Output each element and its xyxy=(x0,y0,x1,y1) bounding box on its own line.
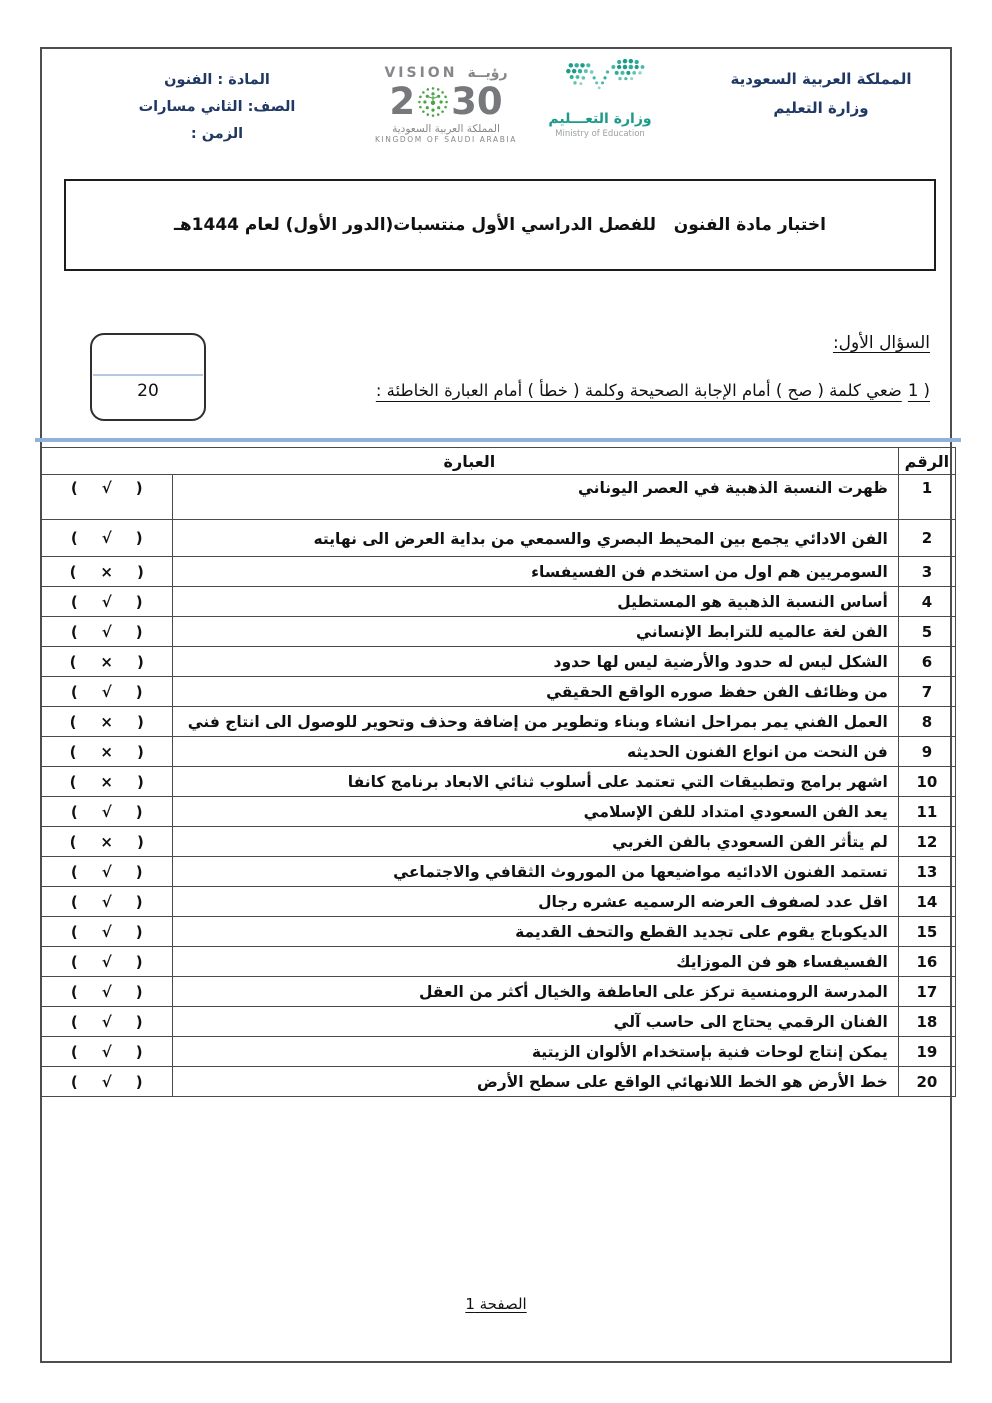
table-row: 15 الديكوباج يقوم على تجديد القطع والتحف… xyxy=(41,917,956,947)
answer-marks: ( √ ) xyxy=(47,529,166,547)
statement-text: من وظائف الفن حفظ صوره الواقع الحقيقي xyxy=(173,677,898,707)
paren-open: ( xyxy=(71,1013,78,1031)
answer-mark: × xyxy=(100,563,113,581)
answer-cell: ( √ ) xyxy=(41,1007,173,1037)
answer-mark: √ xyxy=(102,953,112,971)
answer-marks: ( √ ) xyxy=(47,893,166,911)
answer-cell: ( × ) xyxy=(41,827,173,857)
instruction-number-prefix: 1 ) xyxy=(908,381,930,400)
vision-word-en: VISION xyxy=(384,65,457,81)
answer-cell: ( √ ) xyxy=(41,977,173,1007)
answer-cell: ( × ) xyxy=(41,557,173,587)
table-row: 20 خط الأرض هو الخط اللانهائي الواقع على… xyxy=(41,1067,956,1097)
answer-marks: ( × ) xyxy=(47,833,166,851)
paren-close: ) xyxy=(136,953,143,971)
paren-open: ( xyxy=(70,773,77,791)
paren-close: ) xyxy=(136,803,143,821)
table-row: 9 فن النحت من انواع الفنون الحديثه ( × ) xyxy=(41,737,956,767)
table-header-row: الرقم العبارة xyxy=(41,448,956,475)
answer-marks: ( √ ) xyxy=(47,983,166,1001)
answer-mark: √ xyxy=(102,923,112,941)
answer-marks: ( √ ) xyxy=(47,803,166,821)
statement-text: ظهرت النسبة الذهبية في العصر اليوناني xyxy=(173,475,898,520)
ministry-header-block: المملكة العربية السعودية وزارة التعليم xyxy=(706,65,936,122)
paren-open: ( xyxy=(70,563,77,581)
vision-digits-30: 30 xyxy=(451,83,503,120)
answer-marks: ( √ ) xyxy=(47,923,166,941)
paren-close: ) xyxy=(137,563,144,581)
answer-cell: ( √ ) xyxy=(41,617,173,647)
paren-open: ( xyxy=(71,593,78,611)
row-number: 7 xyxy=(898,677,955,707)
column-header-statement: العبارة xyxy=(41,448,899,475)
statement-text: فن النحت من انواع الفنون الحديثه xyxy=(173,737,898,767)
statement-text: اقل عدد لصفوف العرضه الرسميه عشره رجال xyxy=(173,887,898,917)
grade-label: الصف: الثاني مسارات xyxy=(94,94,340,121)
answer-cell: ( √ ) xyxy=(41,475,173,520)
answer-mark: × xyxy=(100,713,113,731)
kingdom-name-text: المملكة العربية السعودية xyxy=(706,65,936,94)
table-row: 7 من وظائف الفن حفظ صوره الواقع الحقيقي … xyxy=(41,677,956,707)
row-number: 19 xyxy=(898,1037,955,1067)
paren-close: ) xyxy=(136,479,143,497)
answer-cell: ( √ ) xyxy=(41,1067,173,1097)
paren-open: ( xyxy=(70,833,77,851)
statement-text: تستمد الفنون الادائيه مواضيعها من المورو… xyxy=(173,857,898,887)
answer-mark: √ xyxy=(102,803,112,821)
table-row: 19 يمكن إنتاج لوحات فنية بإستخدام الألوا… xyxy=(41,1037,956,1067)
question-one-heading: السؤال الأول: xyxy=(833,333,930,353)
paren-open: ( xyxy=(70,653,77,671)
ministry-name-text: وزارة التعليم xyxy=(706,94,936,123)
vision-word-ar: رؤيــة xyxy=(467,65,507,81)
answer-mark: √ xyxy=(102,1013,112,1031)
vision-sub-en: KINGDOM OF SAUDI ARABIA xyxy=(368,135,524,144)
exam-info-block: المادة : الفنون الصف: الثاني مسارات الزم… xyxy=(94,67,340,147)
row-number: 15 xyxy=(898,917,955,947)
statement-text: يمكن إنتاج لوحات فنية بإستخدام الألوان ا… xyxy=(173,1037,898,1067)
vision-digit-2: 2 xyxy=(389,83,415,120)
table-row: 16 الفسيفساء هو فن الموزايك ( √ ) xyxy=(41,947,956,977)
paren-close: ) xyxy=(136,1043,143,1061)
statement-text: الفن لغة عالميه للترابط الإنساني xyxy=(173,617,898,647)
paren-close: ) xyxy=(136,1013,143,1031)
answer-cell: ( √ ) xyxy=(41,677,173,707)
statement-text: يعد الفن السعودي امتداد للفن الإسلامي xyxy=(173,797,898,827)
paren-close: ) xyxy=(136,623,143,641)
statement-text: الشكل ليس له حدود والأرضية ليس لها حدود xyxy=(173,647,898,677)
paren-open: ( xyxy=(71,923,78,941)
exam-title-text: اختبار مادة الفنون للفصل الدراسي الأول م… xyxy=(174,215,826,235)
instruction-text: ضعي كلمة ( صح ) أمام الإجابة الصحيحة وكل… xyxy=(376,381,902,400)
row-number: 20 xyxy=(898,1067,955,1097)
table-row: 17 المدرسة الرومنسية تركز على العاطفة وا… xyxy=(41,977,956,1007)
time-label: الزمن : xyxy=(94,121,340,148)
paren-close: ) xyxy=(136,529,143,547)
paren-open: ( xyxy=(71,623,78,641)
answer-cell: ( √ ) xyxy=(41,917,173,947)
table-row: 18 الفنان الرقمي يحتاج الى حاسب آلي ( √ … xyxy=(41,1007,956,1037)
saudi-emblem-icon xyxy=(416,85,450,119)
row-number: 18 xyxy=(898,1007,955,1037)
answer-mark: √ xyxy=(102,623,112,641)
answer-mark: × xyxy=(100,833,113,851)
exam-page: { "header": { "ministry_block": { "line1… xyxy=(0,0,992,1403)
row-number: 5 xyxy=(898,617,955,647)
answer-marks: ( × ) xyxy=(47,653,166,671)
row-number: 12 xyxy=(898,827,955,857)
paren-close: ) xyxy=(137,773,144,791)
table-row: 4 أساس النسبة الذهبية هو المستطيل ( √ ) xyxy=(41,587,956,617)
answer-mark: √ xyxy=(102,893,112,911)
answer-marks: ( × ) xyxy=(47,773,166,791)
row-number: 4 xyxy=(898,587,955,617)
answer-mark: √ xyxy=(102,529,112,547)
moe-logo-name-ar: وزارة التعـــليم xyxy=(530,111,670,128)
paren-close: ) xyxy=(136,593,143,611)
answer-cell: ( × ) xyxy=(41,707,173,737)
answer-cell: ( √ ) xyxy=(41,857,173,887)
answer-marks: ( √ ) xyxy=(47,593,166,611)
answer-marks: ( √ ) xyxy=(47,479,166,497)
paren-open: ( xyxy=(71,1043,78,1061)
answer-marks: ( × ) xyxy=(47,713,166,731)
row-number: 10 xyxy=(898,767,955,797)
answer-mark: √ xyxy=(102,1043,112,1061)
vision-sub-ar: المملكة العربية السعودية xyxy=(368,123,524,135)
statements-table-body: 1 ظهرت النسبة الذهبية في العصر اليوناني … xyxy=(41,475,956,1097)
table-row: 5 الفن لغة عالميه للترابط الإنساني ( √ ) xyxy=(41,617,956,647)
score-box-divider xyxy=(93,374,203,376)
paren-open: ( xyxy=(71,953,78,971)
answer-cell: ( √ ) xyxy=(41,797,173,827)
moe-logo-dots-icon xyxy=(541,57,659,107)
answer-cell: ( √ ) xyxy=(41,947,173,977)
page-number-label: الصفحة 1 xyxy=(465,1295,526,1313)
paren-open: ( xyxy=(71,1073,78,1091)
answer-cell: ( √ ) xyxy=(41,1037,173,1067)
answer-marks: ( √ ) xyxy=(47,683,166,701)
statement-text: الفنان الرقمي يحتاج الى حاسب آلي xyxy=(173,1007,898,1037)
statement-text: اشهر برامج وتطبيقات التي تعتمد على أسلوب… xyxy=(173,767,898,797)
answer-cell: ( √ ) xyxy=(41,587,173,617)
statement-text: الفن الادائي يجمع بين المحيط البصري والس… xyxy=(173,520,898,557)
row-number: 17 xyxy=(898,977,955,1007)
blue-divider-rule xyxy=(35,438,961,442)
statement-text: لم يتأثر الفن السعودي بالفن الغربي xyxy=(173,827,898,857)
row-number: 13 xyxy=(898,857,955,887)
statement-text: العمل الفني يمر بمراحل انشاء وبناء وتطوي… xyxy=(173,707,898,737)
statement-text: السومريين هم اول من استخدم فن الفسيفساء xyxy=(173,557,898,587)
vision-2030-logo: VISION رؤيــة 2 30 xyxy=(368,65,524,144)
paren-close: ) xyxy=(136,923,143,941)
paren-close: ) xyxy=(137,653,144,671)
table-row: 2 الفن الادائي يجمع بين المحيط البصري وا… xyxy=(41,520,956,557)
answer-mark: × xyxy=(100,653,113,671)
page-border-frame: المملكة العربية السعودية وزارة التعليم xyxy=(40,47,952,1363)
paren-open: ( xyxy=(71,479,78,497)
answer-marks: ( √ ) xyxy=(47,863,166,881)
moe-logo: وزارة التعـــليم Ministry of Education xyxy=(530,57,670,141)
paren-close: ) xyxy=(136,893,143,911)
paren-open: ( xyxy=(70,713,77,731)
answer-marks: ( × ) xyxy=(47,743,166,761)
paren-open: ( xyxy=(71,803,78,821)
paren-close: ) xyxy=(137,713,144,731)
paren-open: ( xyxy=(71,529,78,547)
vision-logo-wordmark: VISION رؤيــة xyxy=(368,65,524,81)
table-row: 12 لم يتأثر الفن السعودي بالفن الغربي ( … xyxy=(41,827,956,857)
statements-table: الرقم العبارة 1 ظهرت النسبة الذهبية في ا… xyxy=(40,447,956,1097)
answer-mark: √ xyxy=(102,983,112,1001)
paren-close: ) xyxy=(137,833,144,851)
row-number: 16 xyxy=(898,947,955,977)
statement-text: خط الأرض هو الخط اللانهائي الواقع على سط… xyxy=(173,1067,898,1097)
statement-text: الفسيفساء هو فن الموزايك xyxy=(173,947,898,977)
answer-marks: ( √ ) xyxy=(47,953,166,971)
row-number: 8 xyxy=(898,707,955,737)
answer-mark: √ xyxy=(102,593,112,611)
answer-marks: ( √ ) xyxy=(47,1043,166,1061)
table-row: 14 اقل عدد لصفوف العرضه الرسميه عشره رجا… xyxy=(41,887,956,917)
paren-close: ) xyxy=(136,983,143,1001)
table-row: 10 اشهر برامج وتطبيقات التي تعتمد على أس… xyxy=(41,767,956,797)
answer-marks: ( √ ) xyxy=(47,1073,166,1091)
row-number: 6 xyxy=(898,647,955,677)
answer-cell: ( √ ) xyxy=(41,887,173,917)
table-row: 11 يعد الفن السعودي امتداد للفن الإسلامي… xyxy=(41,797,956,827)
row-number: 1 xyxy=(898,475,955,520)
answer-mark: × xyxy=(100,773,113,791)
answer-cell: ( × ) xyxy=(41,647,173,677)
score-box: 20 xyxy=(90,333,206,421)
statement-text: المدرسة الرومنسية تركز على العاطفة والخي… xyxy=(173,977,898,1007)
paren-close: ) xyxy=(136,683,143,701)
question-one-instruction: 1 ) ضعي كلمة ( صح ) أمام الإجابة الصحيحة… xyxy=(376,381,930,400)
paren-open: ( xyxy=(70,743,77,761)
answer-marks: ( √ ) xyxy=(47,1013,166,1031)
table-row: 13 تستمد الفنون الادائيه مواضيعها من الم… xyxy=(41,857,956,887)
paren-close: ) xyxy=(137,743,144,761)
row-number: 11 xyxy=(898,797,955,827)
moe-logo-name-en: Ministry of Education xyxy=(530,128,670,142)
answer-mark: × xyxy=(100,743,113,761)
answer-cell: ( √ ) xyxy=(41,520,173,557)
score-value: 20 xyxy=(92,381,204,401)
answer-cell: ( × ) xyxy=(41,767,173,797)
paren-close: ) xyxy=(136,863,143,881)
table-row: 1 ظهرت النسبة الذهبية في العصر اليوناني … xyxy=(41,475,956,520)
statement-text: الديكوباج يقوم على تجديد القطع والتحف ال… xyxy=(173,917,898,947)
paren-open: ( xyxy=(71,983,78,1001)
row-number: 3 xyxy=(898,557,955,587)
page-footer: الصفحة 1 xyxy=(42,1295,950,1313)
table-row: 8 العمل الفني يمر بمراحل انشاء وبناء وتط… xyxy=(41,707,956,737)
answer-mark: √ xyxy=(102,479,112,497)
paren-close: ) xyxy=(136,1073,143,1091)
row-number: 9 xyxy=(898,737,955,767)
paren-open: ( xyxy=(71,863,78,881)
paren-open: ( xyxy=(71,893,78,911)
answer-mark: √ xyxy=(102,683,112,701)
answer-marks: ( × ) xyxy=(47,563,166,581)
answer-cell: ( × ) xyxy=(41,737,173,767)
table-row: 3 السومريين هم اول من استخدم فن الفسيفسا… xyxy=(41,557,956,587)
column-header-number: الرقم xyxy=(898,448,955,475)
table-row: 6 الشكل ليس له حدود والأرضية ليس لها حدو… xyxy=(41,647,956,677)
exam-title-box: اختبار مادة الفنون للفصل الدراسي الأول م… xyxy=(64,179,936,271)
answer-marks: ( √ ) xyxy=(47,623,166,641)
answer-mark: √ xyxy=(102,863,112,881)
row-number: 2 xyxy=(898,520,955,557)
vision-2030-numerals: 2 30 xyxy=(368,83,524,120)
subject-label: المادة : الفنون xyxy=(94,67,340,94)
paren-open: ( xyxy=(71,683,78,701)
answer-mark: √ xyxy=(102,1073,112,1091)
statement-text: أساس النسبة الذهبية هو المستطيل xyxy=(173,587,898,617)
row-number: 14 xyxy=(898,887,955,917)
